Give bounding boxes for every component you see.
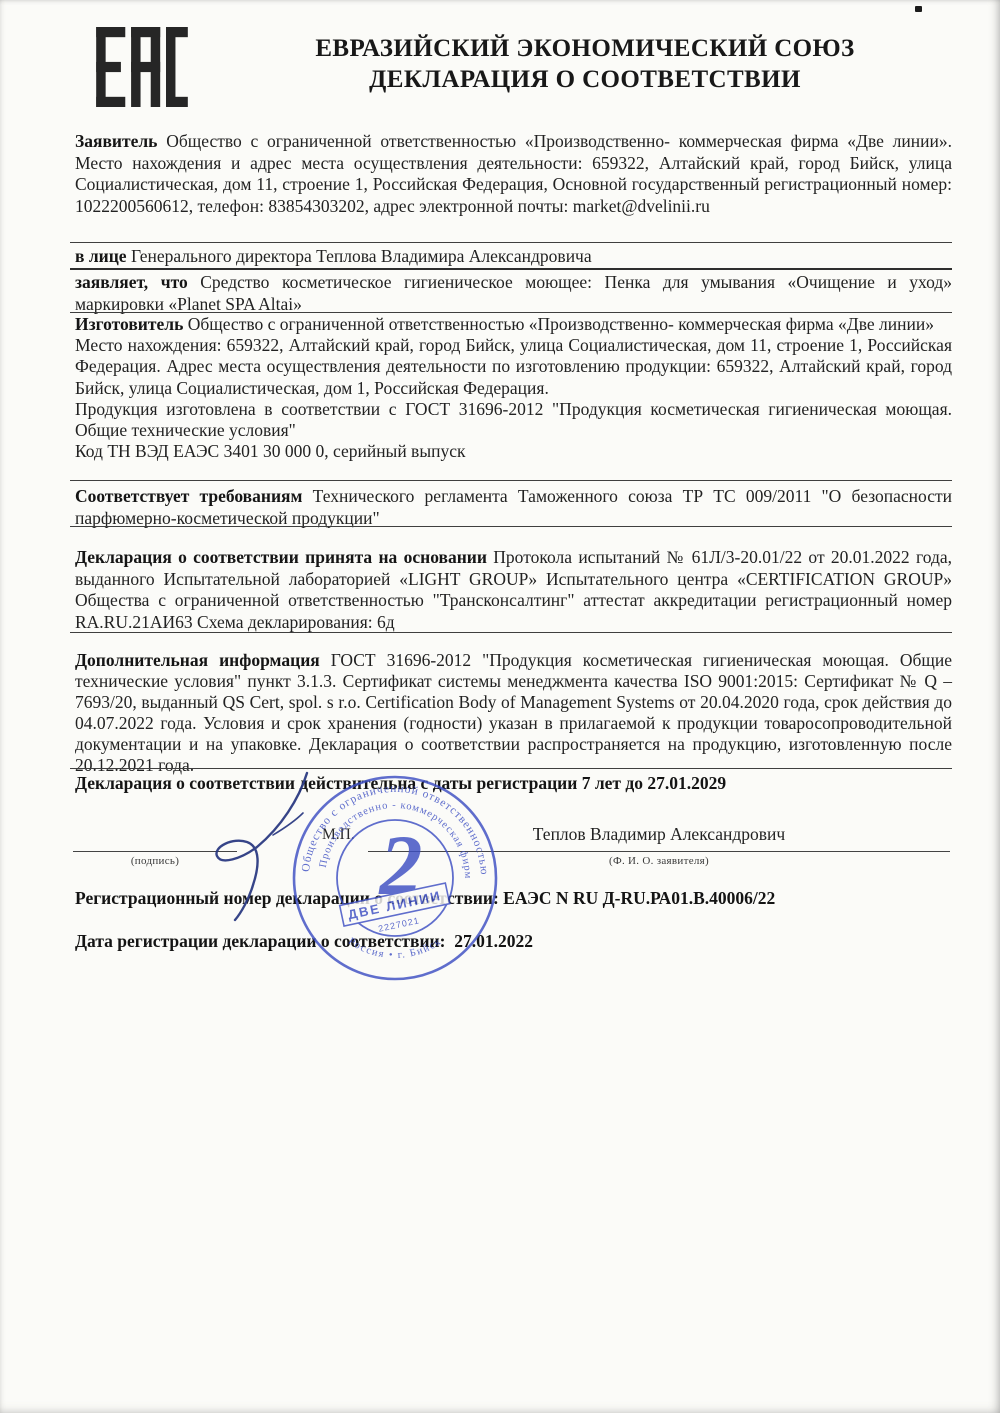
manufacturer-paragraph: Изготовитель Общество с ограниченной отв… <box>75 314 952 335</box>
additional-label: Дополнительная информация <box>75 650 320 670</box>
svg-text:Россия • г. Бийск: Россия • г. Бийск <box>346 936 444 961</box>
complies-label: Соответствует требованиям <box>75 486 302 506</box>
eac-mark-icon <box>96 27 188 107</box>
manufacturer-label: Изготовитель <box>75 314 183 334</box>
separator <box>70 268 952 270</box>
section-additional: Дополнительная информация ГОСТ 31696-201… <box>75 650 952 776</box>
separator <box>70 632 952 633</box>
declares-text: Средство косметическое гигиеническое мою… <box>75 272 952 314</box>
manufacturer-text: Общество с ограниченной ответственностью… <box>188 314 934 334</box>
declares-label: заявляет, что <box>75 272 188 292</box>
manufacturer-gost: Продукция изготовлена в соответствии с Г… <box>75 399 952 441</box>
document-title: ЕВРАЗИЙСКИЙ ЭКОНОМИЧЕСКИЙ СОЮЗ ДЕКЛАРАЦИ… <box>225 33 945 95</box>
section-manufacturer: Изготовитель Общество с ограниченной отв… <box>75 314 952 462</box>
in-person-label: в лице <box>75 246 127 266</box>
section-in-person: в лице Генерального директора Теплова Вл… <box>75 246 952 268</box>
section-complies: Соответствует требованиям Технического р… <box>75 486 952 529</box>
manufacturer-code: Код ТН ВЭД ЕАЭС 3401 30 000 0, серийный … <box>75 441 952 462</box>
declarant-label: Заявитель <box>75 131 157 151</box>
registration-number-value: ЕАЭС N RU Д-RU.РА01.В.40006/22 <box>503 888 775 908</box>
section-basis: Декларация о соответствии принята на осн… <box>75 547 952 633</box>
company-round-stamp: Общество с ограниченной ответственностью… <box>283 766 507 990</box>
section-declarant: Заявитель Общество с ограниченной ответс… <box>75 131 952 217</box>
manufacturer-address: Место нахождения: 659322, Алтайский край… <box>75 335 952 399</box>
separator <box>70 312 952 313</box>
section-declares: заявляет, что Средство косметическое гиг… <box>75 272 952 315</box>
separator <box>70 242 952 243</box>
declarant-text: Общество с ограниченной ответственностью… <box>75 131 952 216</box>
registration-date-line: Дата регистрации декларации о соответств… <box>75 931 952 953</box>
separator <box>70 526 952 527</box>
basis-label: Декларация о соответствии принята на осн… <box>75 547 487 567</box>
scan-artifact-dot <box>915 6 922 12</box>
declaration-document-page: ЕВРАЗИЙСКИЙ ЭКОНОМИЧЕСКИЙ СОЮЗ ДЕКЛАРАЦИ… <box>0 0 1000 1413</box>
in-person-text: Генерального директора Теплова Владимира… <box>131 246 592 266</box>
title-line-2: ДЕКЛАРАЦИЯ О СООТВЕТСТВИИ <box>225 64 945 95</box>
stamp-bottom-ring-text: Россия • г. Бийск <box>346 936 444 961</box>
title-line-1: ЕВРАЗИЙСКИЙ ЭКОНОМИЧЕСКИЙ СОЮЗ <box>225 33 945 64</box>
separator <box>70 480 952 481</box>
